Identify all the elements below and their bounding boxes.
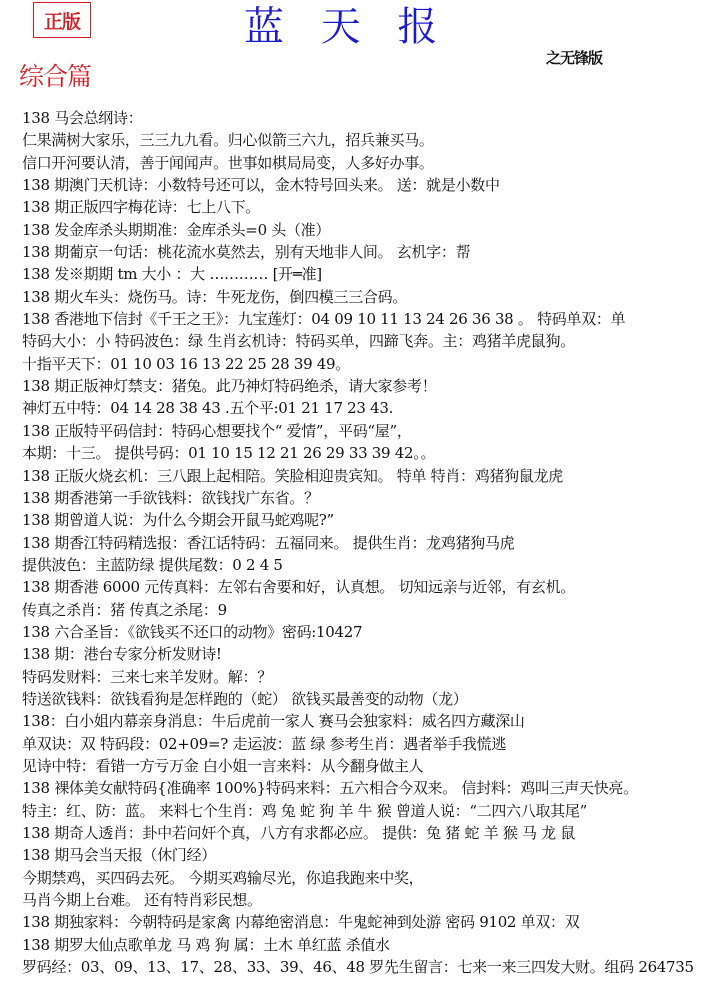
article-body: 138 马会总纲诗： 仁果满树大家乐，三三九九看。归心似箭三六九，招兵兼买马。 … (22, 107, 702, 978)
text-line: 特码大小：小 特码波色：绿 生肖玄机诗：特码买单，四蹄飞奔。主：鸡猪羊虎鼠狗。 (22, 330, 702, 352)
text-line: 138 期香港第一手欲钱料：欲钱找广东省。？ (22, 487, 702, 509)
text-line: 仁果满树大家乐，三三九九看。归心似箭三六九，招兵兼买马。 (22, 129, 702, 151)
text-line: 138 期葡京一句话：桃花流水莫然去，别有天地非人间。 玄机字：帮 (22, 241, 702, 263)
text-line: 138 发金库杀头期期准：金库杀头=0 头（准） (22, 219, 702, 241)
text-line: 神灯五中特：04 14 28 38 43 .五个平:01 21 17 23 43… (22, 397, 702, 419)
text-line: 138 期澳门天机诗：小数特号还可以，金木特号回头来。 送：就是小数中 (22, 174, 702, 196)
text-line: 138 期正版四字梅花诗：七上八下。 (22, 196, 702, 218)
text-line: 特码发财料：三来七来羊发财。解：？ (22, 666, 702, 688)
text-line: 138 期马会当天报（休门经） (22, 844, 702, 866)
text-line: 138 香港地下信封《千王之王》：九宝莲灯：04 09 10 11 13 24 … (22, 308, 702, 330)
text-line: 本期：十三。 提供号码：01 10 15 12 21 26 29 33 39 4… (22, 442, 702, 464)
text-line: 138 期香江特码精选报：香江话特码：五福同来。 提供生肖：龙鸡猪狗马虎 (22, 532, 702, 554)
text-line: 138 期：港台专家分析发财诗! (22, 643, 702, 665)
text-line: 138 期曾道人说：为什么今期会开鼠马蛇鸡呢?” (22, 509, 702, 531)
text-line: 138 期正版神灯禁支：猪兔。此乃神灯特码绝杀，请大家参考！ (22, 375, 702, 397)
text-line: 138 期香港 6000 元传真料：左邻右舍要和好，认真想。 切知远亲与近邻，有… (22, 576, 702, 598)
text-line: 十指平天下：01 10 03 16 13 22 25 28 39 49。 (22, 353, 702, 375)
text-line: 138 期罗大仙点歌单龙 马 鸡 狗 属：土木 单红蓝 杀值水 (22, 934, 702, 956)
text-line: 罗码经：03、09、13、17、28、33、39、46、48 罗先生留言：七来一… (22, 956, 702, 978)
text-line: 信口开河要认清，善于闻闻声。世事如棋局局变，人多好办事。 (22, 152, 702, 174)
text-line: 见诗中特：看错一方亏万金 白小姐一言来料：从今翻身做主人 (22, 755, 702, 777)
text-line: 特主：红、防：蓝。 来料七个生肖：鸡 兔 蛇 狗 羊 牛 猴 曾道人说：“二四六… (22, 800, 702, 822)
text-line: 138：白小姐内幕亲身消息：牛后虎前一家人 赛马会独家料：威名四方藏深山 (22, 710, 702, 732)
text-line: 特送欲钱料：欲钱看狗是怎样跑的（蛇） 欲钱买最善变的动物（龙） (22, 688, 702, 710)
text-line: 138 马会总纲诗： (22, 107, 702, 129)
text-line: 138 发※期期 tm 大小 ：大 ………… [开═准] (22, 263, 702, 285)
text-line: 今期禁鸡，买四码去死。 今期买鸡输尽光，你追我跑来中奖， (22, 867, 702, 889)
text-line: 138 正版特平码信封：特码心想要找个“ 爱情”，平码“屋”， (22, 420, 702, 442)
text-line: 马肖今期上台难。 还有特肖彩民想。 (22, 889, 702, 911)
text-line: 138 期独家料：今朝特码是家禽 内幕绝密消息：牛鬼蛇神到处游 密码 9102 … (22, 911, 702, 933)
text-line: 138 六合圣旨：《欲钱买不还口的动物》密码:10427 (22, 621, 702, 643)
text-line: 138 裸体美女献特码{准确率 100%}特码来料：五六相合今双来。 信封料：鸡… (22, 777, 702, 799)
section-title: 综合篇 (19, 60, 91, 94)
official-badge: 正版 (33, 2, 91, 38)
page-title: 蓝 天 报 (244, 2, 444, 52)
text-line: 138 期奇人透肖：卦中若问奸个真，八方有求都必应。 提供：兔 猪 蛇 羊 猴 … (22, 822, 702, 844)
text-line: 138 正版火烧玄机：三八跟上起相陪。笑脸相迎贵宾知。 特单 特肖：鸡猪狗鼠龙虎 (22, 465, 702, 487)
text-line: 单双诀：双 特码段：02+09=? 走运波：蓝 绿 参考生肖：遇者举手我慌逃 (22, 733, 702, 755)
text-line: 提供波色：主蓝防绿 提供尾数：0 2 4 5 (22, 554, 702, 576)
text-line: 138 期火车头：烧伤马。诗：牛死龙伤，倒四模三三合码。 (22, 286, 702, 308)
edition-subtitle: 之无锋版 (546, 47, 602, 68)
text-line: 传真之杀肖：猪 传真之杀尾：9 (22, 599, 702, 621)
